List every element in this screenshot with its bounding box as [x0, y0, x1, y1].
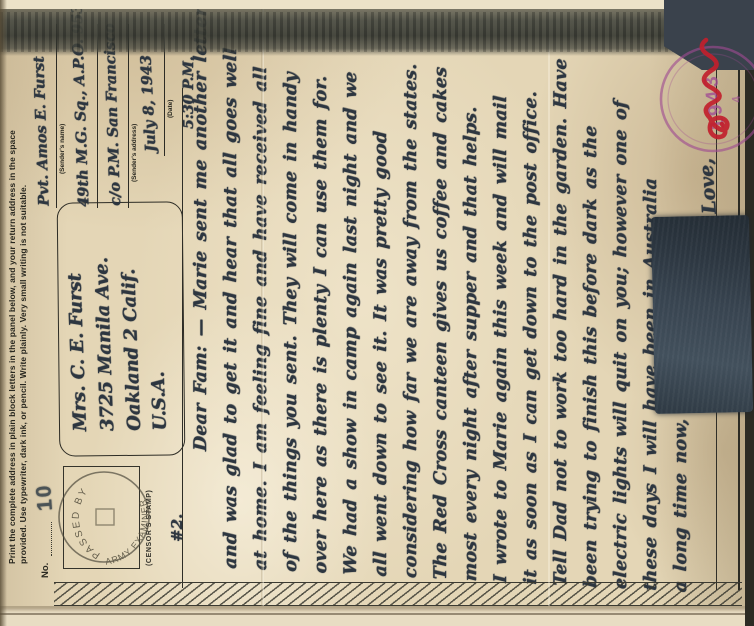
letter-line: all went down to see it. It was pretty g…: [371, 16, 401, 578]
hatched-border-strip: [54, 582, 742, 606]
letter-line: been trying to finish this before dark a…: [581, 27, 611, 589]
letter-line: The Red Cross canteen gives us coffee an…: [431, 19, 461, 581]
censor-arc-bottom: ARMY EXAMINER: [104, 498, 150, 567]
letter-line: and was glad to get it and hear that all…: [221, 8, 251, 570]
letter-line: considering how far we are away from the…: [401, 18, 431, 580]
letter-line: Dear Fam: — Marie sent me another letter…: [191, 7, 221, 569]
letter-body: Dear Fam: — Marie sent me another letter…: [191, 7, 701, 594]
paper-edge-shadow: [0, 0, 7, 626]
letter-line: most every night after supper and that h…: [461, 21, 491, 583]
date-label: (Date): [167, 100, 174, 118]
sender-name-label: (Sender's name): [59, 124, 66, 174]
sender-name: Pvt. Amos E. Furst: [30, 56, 52, 206]
instruction-line-2: provided. Use typewriter, dark ink, or p…: [18, 76, 29, 564]
letter-line: electric lights will quit on you; howeve…: [611, 29, 641, 591]
address-instruction: Print the complete address in plain bloc…: [7, 76, 28, 564]
smudged-edge-texture: [0, 12, 754, 52]
recipient-city: Oakland 2 Calif.: [118, 268, 145, 431]
letter-closing: Love,: [695, 158, 721, 215]
letter-line: Tell Dad not to work too hard in the gar…: [551, 26, 581, 588]
letter-line: We had a show in camp again last night a…: [341, 14, 371, 576]
fold-crease: [548, 0, 550, 626]
svg-text:ARMY EXAMINER: ARMY EXAMINER: [104, 498, 150, 567]
fold-crease: [261, 0, 264, 626]
letter-line: of the things you sent. They will come i…: [281, 11, 311, 573]
letter-line: at home. I am feeling fine and have rece…: [251, 10, 281, 572]
page-number-marker: #2.: [168, 514, 186, 542]
dark-tape-texture: [651, 215, 753, 414]
letter-line: I wrote to Marie again this week and wil…: [491, 22, 521, 584]
sender-address-label: (Sender's address): [131, 124, 138, 182]
letter-date: July 8, 1943: [137, 55, 159, 153]
censor-arc-top: PASSED BY: [71, 486, 103, 561]
recipient-address-panel: Mrs. C. E. Furst 3725 Manila Ave. Oaklan…: [57, 201, 186, 456]
army-examiner-stamp-icon: PASSED BY ARMY EXAMINER: [42, 455, 166, 579]
scan-margin: [0, 606, 754, 626]
svg-text:PASSED BY: PASSED BY: [71, 486, 103, 561]
instruction-line-1: Print the complete address in plain bloc…: [7, 76, 18, 564]
recipient-country: U.S.A.: [148, 371, 171, 431]
vmail-letter-scan: Print the complete address in plain bloc…: [0, 0, 754, 626]
letter-line: it as soon as I can get down to the post…: [521, 24, 551, 586]
recipient-street: 3725 Manila Ave.: [91, 257, 118, 432]
red-initials-mark-icon: [680, 28, 750, 148]
vmail-page: Print the complete address in plain bloc…: [0, 0, 754, 626]
paper-seam-line: [0, 613, 754, 615]
scan-margin: [0, 0, 754, 9]
rotated-page-wrapper: Print the complete address in plain bloc…: [0, 0, 754, 626]
letter-line: over here as there is plenty I can use t…: [311, 13, 341, 575]
recipient-name: Mrs. C. E. Furst: [64, 273, 91, 432]
